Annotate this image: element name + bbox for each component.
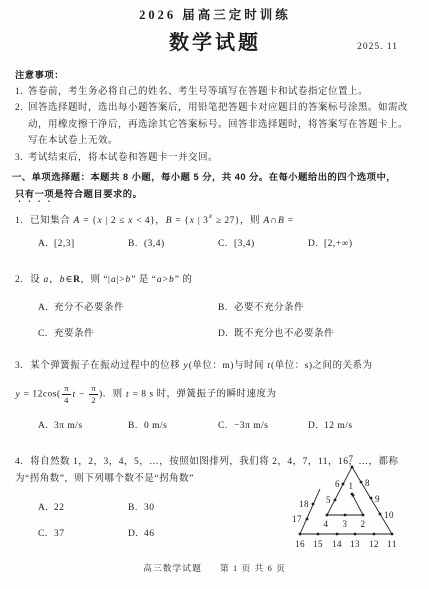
spiral-start-segment xyxy=(352,494,363,515)
notice-item-number: 2. xyxy=(15,100,28,150)
number-position-dot xyxy=(391,533,394,536)
question-1-stem: 1.已知集合 A = {x | 2 ≤ x < 4}，B = {x | 3x ≥… xyxy=(15,213,417,230)
number-position-dot xyxy=(306,518,309,521)
option-value: [2,3] xyxy=(54,236,75,253)
exam-paper-page: 2026 届高三定时训练 数学试题 2025. 11 注意事项： 1. 答卷前，… xyxy=(0,0,429,589)
number-position-dot xyxy=(354,533,357,536)
question-3: 3.某个弹簧振子在振动过程中的位移 y(单位：m)与时间 t(单位：s)之间的关… xyxy=(15,358,415,443)
number-position-dot xyxy=(299,533,302,536)
figure-number-label: 16 xyxy=(295,539,305,549)
answer-option-c: C.[3,4) xyxy=(218,236,308,253)
option-label: B. xyxy=(128,236,144,253)
option-value: 0 m/s xyxy=(144,418,167,435)
figure-number-label: 13 xyxy=(350,539,360,549)
number-position-dot xyxy=(360,481,363,484)
question-number: 3. xyxy=(15,361,23,371)
figure-number-label: 4 xyxy=(324,519,329,529)
figure-number-label: 10 xyxy=(384,510,394,520)
math-symbol: b xyxy=(59,275,65,285)
option-value: 3π m/s xyxy=(54,418,83,435)
option-value: [2,+∞) xyxy=(324,236,353,253)
math-symbol: A xyxy=(73,216,80,226)
figure-number-label: 5 xyxy=(326,495,331,505)
option-value: 37 xyxy=(54,526,65,543)
option-label: A. xyxy=(38,418,54,435)
figure-number-label: 12 xyxy=(369,539,379,549)
exam-date: 2025. 11 xyxy=(357,39,398,56)
question-number: 1. xyxy=(15,216,23,226)
option-value: 22 xyxy=(54,500,65,517)
question-2-stem: 2.设 a，b∈R，则 “|a|>b” 是 “a>b” 的 xyxy=(15,272,417,289)
figure-number-label: 2 xyxy=(361,519,366,529)
answer-option-a: A.3π m/s xyxy=(38,418,128,435)
option-value: 30 xyxy=(144,500,155,517)
answer-option-a: A.充分不必要条件 xyxy=(38,300,218,317)
option-label: B. xyxy=(128,500,144,517)
answer-option-a: A.[2,3] xyxy=(38,236,128,253)
math-symbol: y xyxy=(15,390,21,400)
question-3-options: A.3π m/sB.0 m/sC.−3π m/sD.12 m/s xyxy=(38,418,415,444)
question-2: 2.设 a，b∈R，则 “|a|>b” 是 “a>b” 的 A.充分不必要条件B… xyxy=(15,272,415,352)
number-position-dot xyxy=(379,513,382,516)
question-3-stem: 3.某个弹簧振子在振动过程中的位移 y(单位：m)与时间 t(单位：s)之间的关… xyxy=(15,358,417,375)
number-position-dot xyxy=(373,533,376,536)
answer-option-d: D.12 m/s xyxy=(308,418,398,435)
fraction-numerator: π xyxy=(89,384,98,395)
option-label: D. xyxy=(128,526,144,543)
question-text: 某个弹簧振子在振动过程中的位移 y(单位：m)与时间 t(单位：s)之间的关系为 xyxy=(30,361,372,371)
page-footer: 高三数学试题第 1 页 共 6 页 xyxy=(0,560,429,577)
math-symbol: t xyxy=(126,390,130,400)
option-label: C. xyxy=(218,236,234,253)
option-label: D. xyxy=(308,418,324,435)
answer-option-b: B.(3,4) xyxy=(128,236,218,253)
math-symbol: b xyxy=(125,275,131,285)
math-fraction: π4 xyxy=(62,384,71,405)
option-value: 12 m/s xyxy=(324,418,353,435)
notice-item-3: 3. 考试结束后，将本试卷和答题卡一并交回。 xyxy=(15,150,417,167)
answer-option-d: D.既不充分也不必要条件 xyxy=(218,326,398,343)
answer-option-c: C.−3π m/s xyxy=(218,418,308,435)
number-position-dot xyxy=(351,466,354,469)
number-position-dot xyxy=(351,493,354,496)
math-symbol: b xyxy=(169,275,175,285)
option-value: 必要不充分条件 xyxy=(234,300,304,317)
emphasized-phrase: 只有一项 xyxy=(15,189,54,199)
figure-number-label: 7 xyxy=(349,454,354,464)
math-symbol: B xyxy=(278,216,285,226)
notice-item-text: 考试结束后，将本试卷和答题卡一并交回。 xyxy=(28,150,417,167)
section-1-heading-line2: 只有一项是符合题目要求的。 xyxy=(15,186,415,205)
notice-item-number: 1. xyxy=(15,84,28,101)
figure-number-label: 18 xyxy=(299,499,309,509)
answer-option-a: A.22 xyxy=(38,500,128,517)
figure-number-label: 6 xyxy=(335,479,340,489)
figure-number-label: 15 xyxy=(313,539,323,549)
figure-number-label: 11 xyxy=(387,539,397,549)
number-position-dot xyxy=(336,533,339,536)
answer-option-b: B.0 m/s xyxy=(128,418,218,435)
math-symbol: a xyxy=(43,275,49,285)
option-value: 充要条件 xyxy=(54,326,94,343)
formula-text: y = 12cos(π4t − π2)．则 t = 8 s 时，弹簧振子的瞬时速… xyxy=(15,384,277,405)
math-symbol: x xyxy=(128,216,134,226)
notice-item-text: 答卷前，考生务必将自己的姓名、考生号等填写在答题卡和试卷指定位置上。 xyxy=(28,84,417,101)
answer-option-c: C.37 xyxy=(38,526,128,543)
option-label: A. xyxy=(38,300,54,317)
option-label: C. xyxy=(38,526,54,543)
option-label: B. xyxy=(218,300,234,317)
option-label: D. xyxy=(218,326,234,343)
question-text: 设 a，b∈R，则 “|a|>b” 是 “a>b” 的 xyxy=(30,275,192,285)
math-symbol: t xyxy=(72,390,76,400)
notice-item-1: 1. 答卷前，考生务必将自己的姓名、考生号等填写在答题卡和试卷指定位置上。 xyxy=(15,84,417,101)
section-1-heading: 一、单项选择题：本题共 8 小题，每小题 5 分，共 40 分。在每小题给出的四… xyxy=(12,169,415,205)
number-spiral-figure: 123456789101112131415161718 xyxy=(281,450,411,554)
fraction-denominator: 2 xyxy=(91,395,95,405)
question-text: 已知集合 A = {x | 2 ≤ x < 4}，B = {x | 3x ≥ 2… xyxy=(30,216,293,226)
option-label: B. xyxy=(128,418,144,435)
answer-option-c: C.充要条件 xyxy=(38,326,218,343)
math-symbol: x xyxy=(97,216,103,226)
number-position-dot xyxy=(370,497,373,500)
option-value: 46 xyxy=(144,526,155,543)
answer-option-d: D.[2,+∞) xyxy=(308,236,398,253)
figure-number-label: 17 xyxy=(292,514,302,524)
answer-option-b: B.必要不充分条件 xyxy=(218,300,398,317)
option-label: C. xyxy=(38,326,54,343)
question-2-options: A.充分不必要条件B.必要不充分条件C.充要条件D.既不充分也不必要条件 xyxy=(38,300,415,351)
page-title: 数学试题 xyxy=(15,30,415,57)
math-symbol: R xyxy=(73,275,80,285)
math-exponent: x xyxy=(208,212,213,220)
fraction-denominator: 4 xyxy=(64,395,68,405)
option-label: C. xyxy=(218,418,234,435)
number-position-dot xyxy=(317,533,320,536)
answer-option-b: B.30 xyxy=(128,500,218,517)
math-symbol: a xyxy=(156,275,162,285)
figure-number-label: 3 xyxy=(343,519,348,529)
option-label: A. xyxy=(38,500,54,517)
notice-item-text: 回答选择题时，选出每小题答案后，用铅笔把答题卡对应题目的答案标号涂黑。如需改动，… xyxy=(28,100,417,150)
heading-line2-rest: 是符合题目要求的。 xyxy=(54,189,142,199)
option-value: 充分不必要条件 xyxy=(54,300,124,317)
section-1-heading-line1: 一、单项选择题：本题共 8 小题，每小题 5 分，共 40 分。在每小题给出的四… xyxy=(12,169,415,186)
fraction-numerator: π xyxy=(62,384,71,395)
math-fraction: π2 xyxy=(89,384,98,405)
figure-number-label: 9 xyxy=(375,494,380,504)
number-position-dot xyxy=(326,514,329,517)
number-position-dot xyxy=(344,514,347,517)
question-number: 2. xyxy=(15,275,23,285)
option-value: −3π m/s xyxy=(234,418,269,435)
math-symbol: x xyxy=(189,216,195,226)
question-4-options: A.22B.30C.37D.46 xyxy=(38,500,268,551)
title-row: 数学试题 2025. 11 xyxy=(15,30,415,57)
option-value: 既不充分也不必要条件 xyxy=(234,326,334,343)
question-1-options: A.[2,3]B.(3,4)C.[3,4)D.[2,+∞) xyxy=(38,236,415,262)
option-value: [3,4) xyxy=(234,236,255,253)
number-position-dot xyxy=(342,483,345,486)
answer-option-d: D.46 xyxy=(128,526,218,543)
option-value: (3,4) xyxy=(144,236,165,253)
notice-item-2: 2. 回答选择题时，选出每小题答案后，用铅笔把答题卡对应题目的答案标号涂黑。如需… xyxy=(15,100,417,150)
figure-number-label: 1 xyxy=(349,481,354,491)
math-symbol: y xyxy=(183,361,189,371)
option-label: A. xyxy=(38,236,54,253)
number-position-dot xyxy=(334,499,337,502)
math-symbol: A xyxy=(263,216,270,226)
math-symbol: B xyxy=(165,216,172,226)
exam-series-title: 2026 届高三定时训练 xyxy=(15,8,415,23)
number-position-dot xyxy=(312,503,315,506)
figure-number-label: 14 xyxy=(332,539,342,549)
number-position-dot xyxy=(362,514,365,517)
math-symbol: a xyxy=(110,275,116,285)
option-label: D. xyxy=(308,236,324,253)
notice-heading: 注意事项： xyxy=(15,67,415,84)
figure-number-label: 8 xyxy=(365,478,370,488)
math-symbol: t xyxy=(267,361,271,371)
question-3-formula: y = 12cos(π4t − π2)．则 t = 8 s 时，弹簧振子的瞬时速… xyxy=(15,380,415,410)
question-number: 4. xyxy=(15,457,23,467)
footer-doc-label: 高三数学试题 xyxy=(143,563,202,573)
question-1: 1.已知集合 A = {x | 2 ≤ x < 4}，B = {x | 3x ≥… xyxy=(15,213,415,262)
footer-page-info: 第 1 页 共 6 页 xyxy=(220,563,286,573)
notice-item-number: 3. xyxy=(15,150,28,167)
